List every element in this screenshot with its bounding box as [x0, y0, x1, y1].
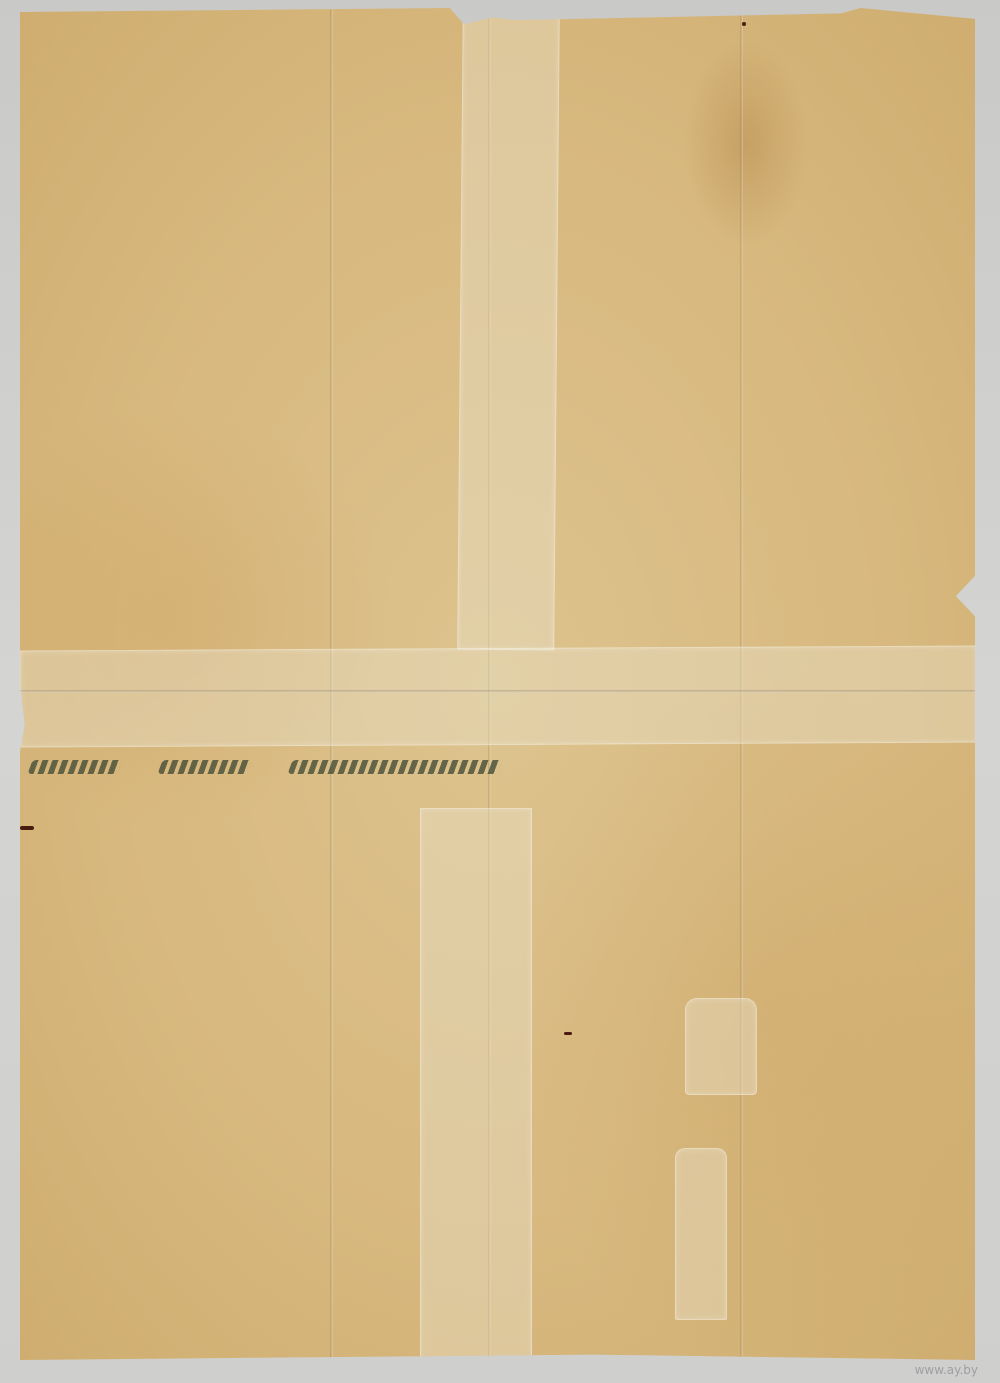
tape-horizontal — [20, 645, 977, 747]
ink-mark — [564, 1032, 572, 1035]
tape-patch-long — [675, 1148, 727, 1320]
paper-sheet — [20, 8, 975, 1360]
watermark-text: www.ay.by — [915, 1363, 978, 1377]
tape-vertical-top — [457, 8, 560, 651]
ink-mark — [20, 826, 34, 830]
tape-patch-small — [685, 998, 757, 1095]
faded-handwriting — [30, 752, 590, 782]
ink-dot — [742, 22, 746, 26]
tape-vertical-bottom — [420, 808, 532, 1362]
